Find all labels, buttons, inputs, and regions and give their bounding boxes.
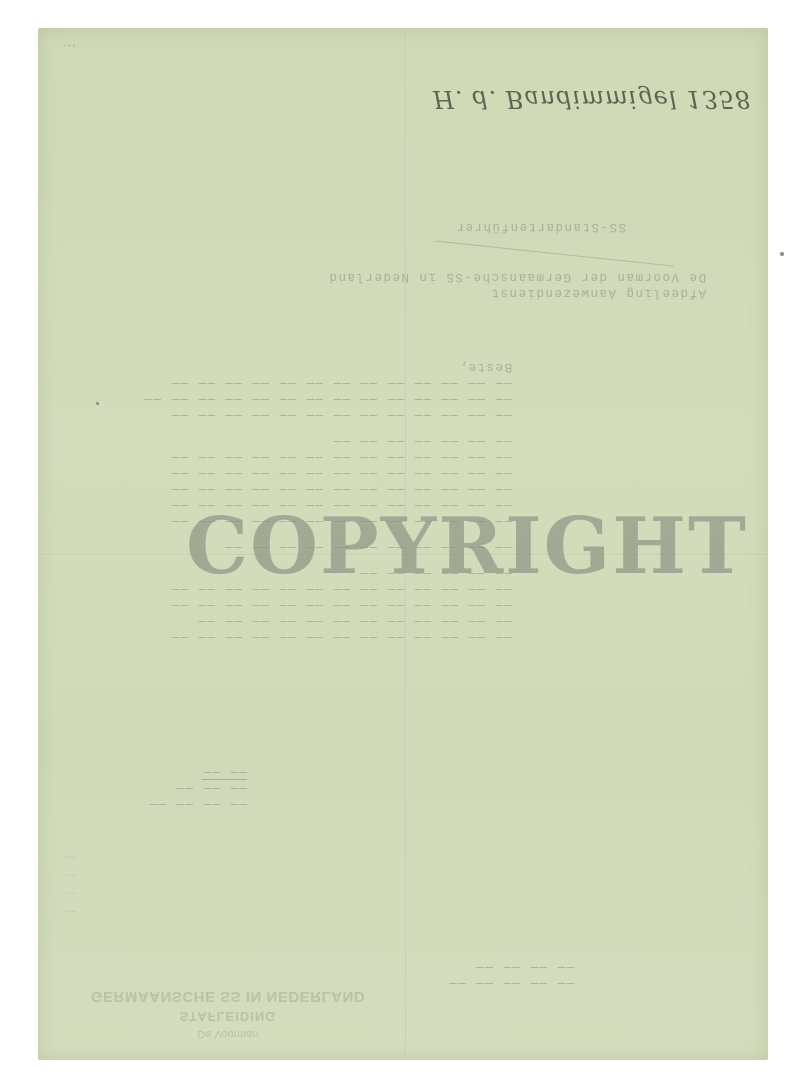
- closing-block: —— —— —— —— —— —— —— —— ——: [148, 763, 247, 811]
- body-line: —— —— —— —— —— —— —— —— —— —— —— —— ——: [143, 406, 512, 422]
- closing-line: —— —— —— ——: [148, 795, 247, 811]
- footer-line: —— —— —— —— ——: [448, 974, 574, 990]
- body-line: —— —— —— —— —— —— —— —— —— —— —— —— ——: [143, 628, 512, 644]
- body-line: —— —— —— —— —— —— —— —— —— —— —— —— ——: [143, 464, 512, 480]
- body-line: —— —— —— —— —— —— —— —— —— —— —— —— ——: [143, 448, 512, 464]
- letterhead-organization: GERMAANSCHE SS IN NEDERLAND: [68, 988, 388, 1005]
- letterhead-sub: De Voorman: [68, 1028, 388, 1040]
- margin-note: —— —— —— ——: [66, 848, 77, 920]
- letterhead: De Voorman STAFLEIDING GERMAANSCHE SS IN…: [68, 988, 388, 1040]
- footer-right-block: —— —— —— —— —— —— —— —— ——: [448, 958, 574, 990]
- body-line: —— —— —— —— —— —— ——: [143, 432, 512, 448]
- corner-mark: ▪▪▪: [62, 42, 76, 51]
- letterhead-department: STAFLEIDING: [68, 1009, 388, 1024]
- letter-paper: ▪▪▪ H. d. Bandimmigel 1358 Afdeeling Aan…: [38, 28, 768, 1060]
- body-line: —— —— —— —— —— —— —— —— —— —— —— ——: [143, 612, 512, 628]
- margin-note-line: ——: [66, 848, 77, 866]
- margin-note-line: ——: [66, 884, 77, 902]
- copyright-watermark: COPYRIGHT: [186, 508, 696, 586]
- body-line: —— —— —— —— —— —— —— —— —— —— —— —— ——: [143, 596, 512, 612]
- margin-note-line: ——: [66, 866, 77, 884]
- speck: [780, 252, 784, 256]
- margin-note-line: ——: [66, 902, 77, 920]
- body-line: —— —— —— —— —— —— —— —— —— —— —— —— ——: [143, 480, 512, 496]
- handwritten-annotation: H. d. Bandimmigel 1358: [433, 73, 753, 113]
- body-line: —— —— —— —— —— —— —— —— —— —— —— —— —— —…: [143, 390, 512, 406]
- body-line: Beste,: [143, 358, 512, 374]
- speck: [96, 402, 99, 405]
- footer-line: —— —— —— ——: [448, 958, 574, 974]
- header-line: SS-Standartenführer: [328, 218, 626, 234]
- body-line: —— —— —— —— —— —— —— —— —— —— —— —— ——: [143, 374, 512, 390]
- closing-line: —— —— ——: [148, 779, 247, 795]
- closing-line: —— ——: [148, 763, 247, 779]
